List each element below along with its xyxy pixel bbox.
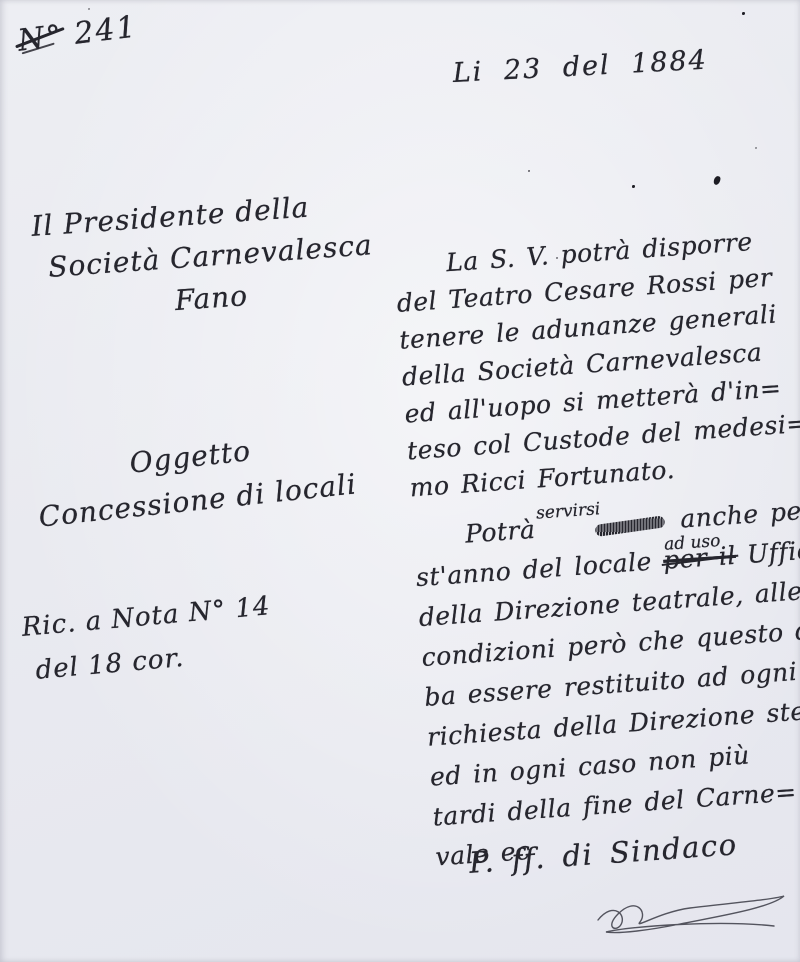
ink-speck [632, 185, 635, 188]
ink-speck [755, 147, 757, 149]
ink-speck [742, 12, 745, 15]
body-paragraph-2: Potràservirsi anche per que= st'anno del… [412, 490, 800, 877]
ink-speck [556, 257, 558, 259]
letter-scan: N° 241 Li 23 del 1884 Il Presidente dell… [0, 0, 800, 962]
subject-block: Oggetto Concessione di locali [32, 416, 379, 539]
inserted-word: ad uso [663, 521, 722, 565]
body-text: Uffici [746, 535, 800, 569]
inserted-word: servirsi [535, 489, 602, 533]
signature-flourish [570, 882, 800, 942]
recipient-block: Il Presidente della Società Carnevalesca… [30, 182, 388, 332]
registry-number: N° 241 [16, 9, 139, 58]
date-line: Li 23 del 1884 [452, 44, 723, 89]
ink-speck [528, 170, 530, 172]
ink-blot [713, 175, 722, 186]
correction-group: per ilad uso [662, 536, 737, 581]
letter-body: La S. V. potrà disporre del Teatro Cesar… [393, 220, 800, 878]
body-paragraph-1: La S. V. potrà disporre del Teatro Cesar… [393, 220, 800, 506]
reference-block: Ric. a Nota N° 14 del 18 cor. [20, 576, 366, 693]
scribble-strikeout [595, 515, 666, 537]
ink-speck [88, 8, 90, 10]
body-text: Potrà [464, 515, 536, 549]
